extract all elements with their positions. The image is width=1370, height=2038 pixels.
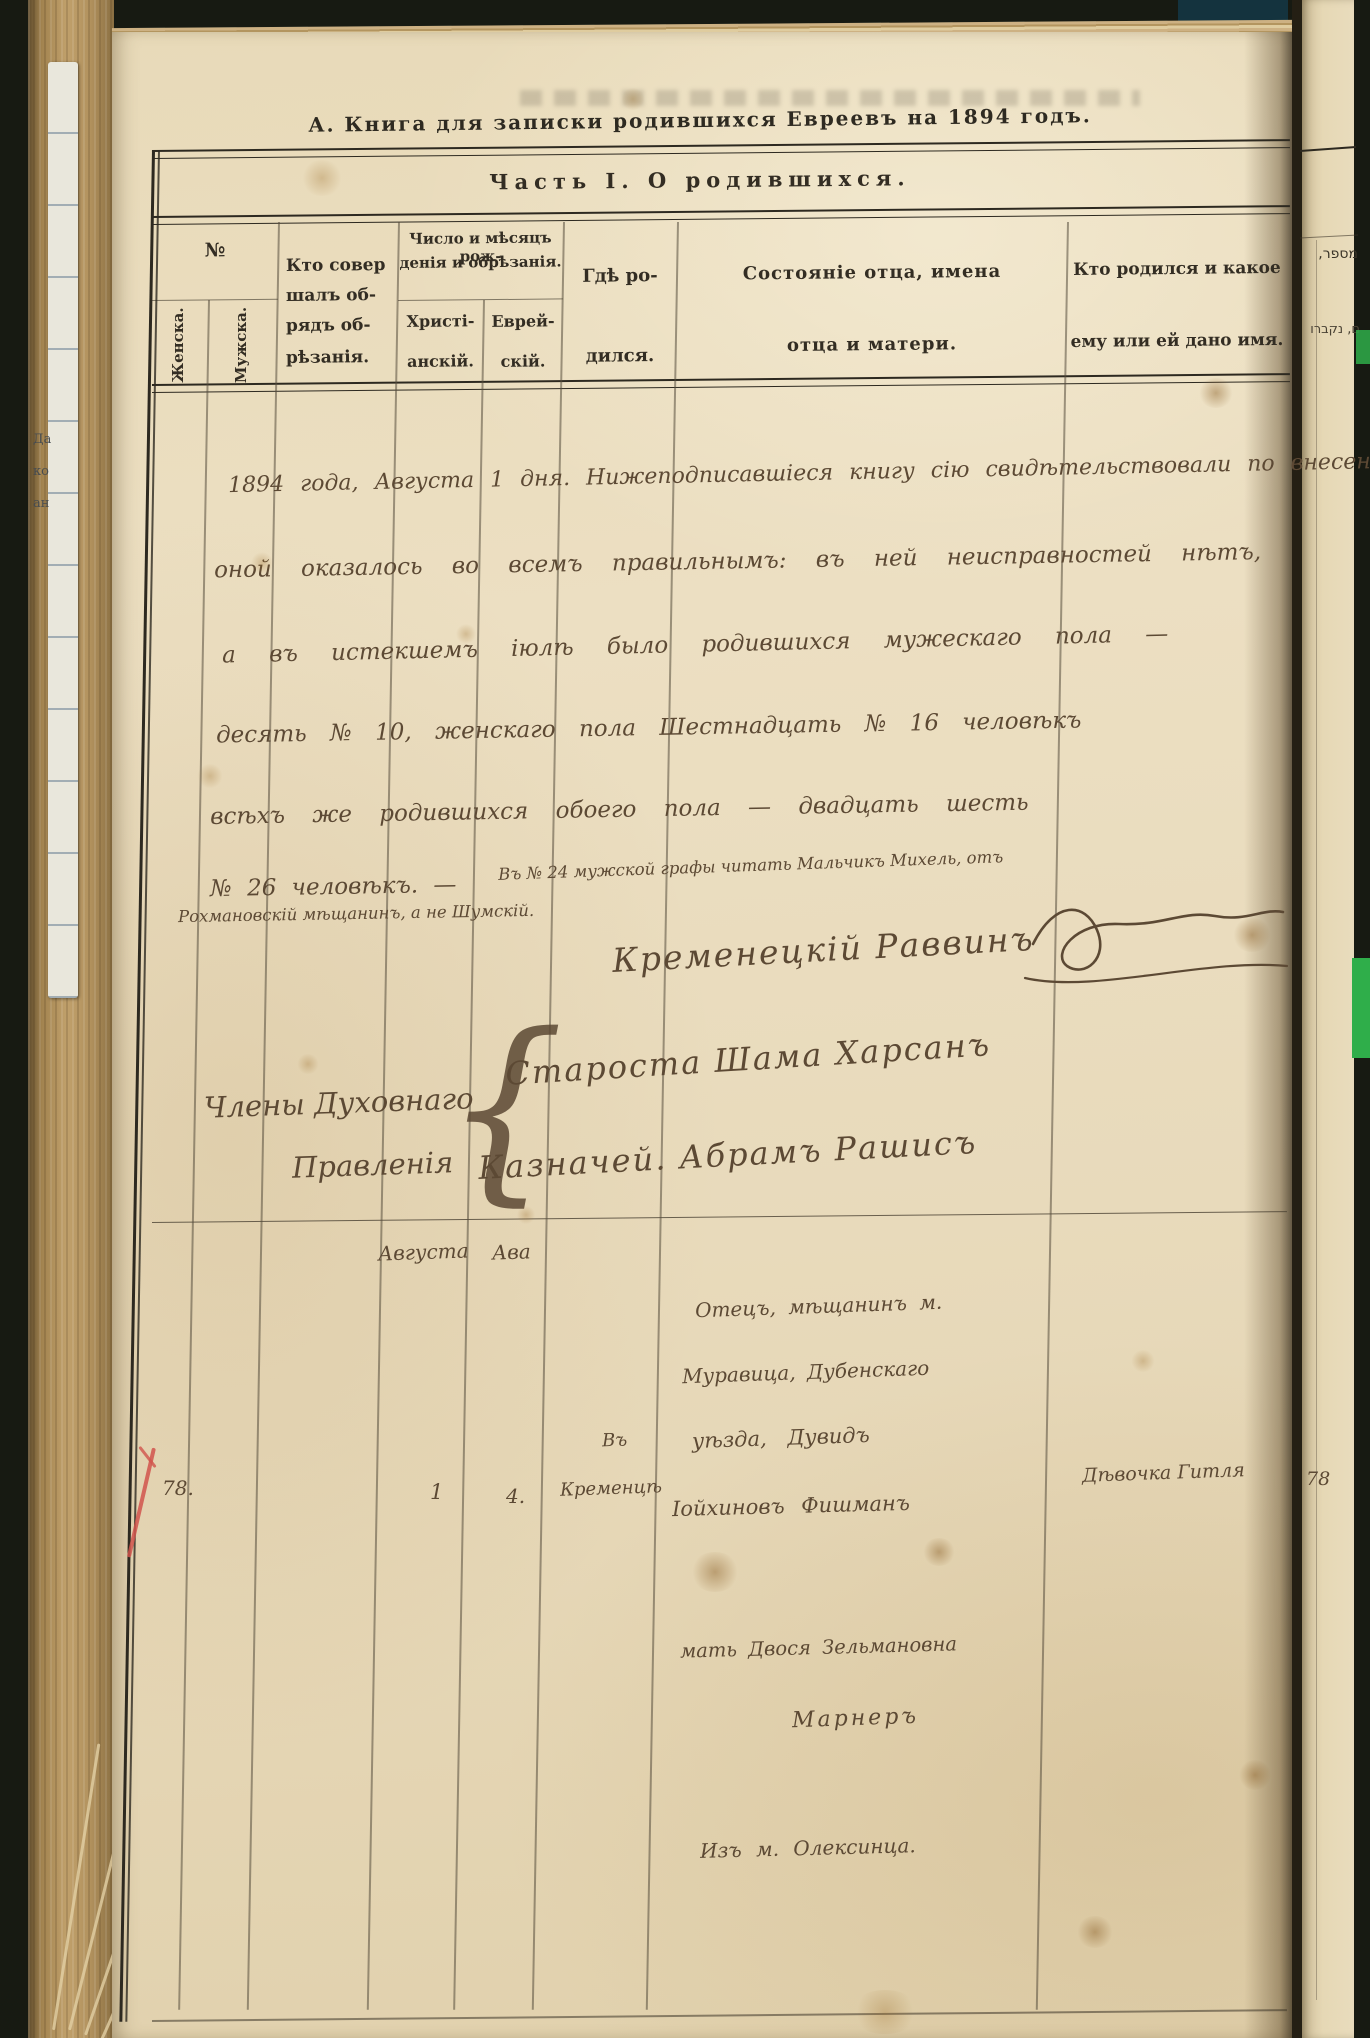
stain [850, 1990, 920, 2034]
col-jewish-line2: скій. [483, 351, 563, 371]
col-circumciser-line4: рѣзанія. [280, 347, 404, 368]
col-birthplace-line2: дился. [563, 345, 677, 367]
green-edge-tab [1356, 330, 1370, 364]
stain [455, 624, 477, 644]
entry-day-jewish: 4. [506, 1484, 525, 1508]
margin-fragment: ко [33, 464, 49, 479]
scanned-register-page: Да ко ан מספר, ם, נקברו 78 А. Книга для … [0, 0, 1370, 2038]
col-male-label: Мужска. [232, 300, 254, 390]
col-circumciser-line3: рядъ об- [280, 315, 404, 336]
col-birthplace-line1: Гдѣ ро- [563, 265, 677, 287]
ruled-slip [48, 62, 78, 998]
green-edge-tab [1352, 958, 1370, 1058]
stain [1232, 918, 1272, 952]
entry-month-jewish: Ава [492, 1239, 532, 1264]
stain [1076, 1916, 1114, 1948]
col-father-line1: Состояніе отца, имена [677, 260, 1067, 285]
stain [1238, 1760, 1272, 1790]
stain [922, 1538, 956, 1566]
stain [690, 1552, 740, 1592]
stain [1198, 378, 1234, 408]
adjacent-hebrew-header: מספר, [1300, 246, 1358, 262]
col-christian-line1: Христі- [398, 311, 483, 331]
adjacent-entry-number: 78 [1306, 1468, 1330, 1490]
col-circumciser-line2: шалъ об- [280, 285, 404, 306]
col-dates-group-line2: денія и обрѣзанія. [398, 252, 563, 272]
stain [300, 160, 344, 196]
stain [516, 1206, 536, 1224]
entry-day-christian: 1 [430, 1480, 443, 1504]
col-circumciser-line1: Кто совер [280, 255, 404, 276]
stain [1130, 1350, 1156, 1372]
col-child-line2: ему или ей дано имя. [1067, 330, 1287, 352]
adjacent-page-column-line [1316, 240, 1317, 2000]
col-jewish-line1: Еврей- [483, 311, 563, 331]
col-child-line1: Кто родился и какое [1067, 258, 1287, 280]
stain [620, 88, 646, 110]
entry-birthplace-line2: Кременцѣ [560, 1476, 663, 1501]
stain [296, 1054, 320, 1074]
margin-fragment: Да [33, 432, 51, 447]
adjacent-page [1302, 0, 1354, 2038]
stain [250, 552, 274, 574]
entry-birthplace-line1: Въ [602, 1430, 628, 1452]
page-gutter [1292, 0, 1302, 2038]
col-number-label: № [152, 239, 278, 262]
entry-month-christian: Августа [378, 1238, 469, 1265]
stain [196, 764, 224, 788]
col-christian-line2: анскій. [398, 351, 483, 371]
board-label-line2: Правленія [291, 1145, 453, 1185]
col-father-line2: отца и матери. [677, 332, 1067, 357]
col-female-label: Женска. [169, 300, 191, 390]
entry-number: 78. [162, 1476, 194, 1500]
certification-line-6: № 26 человѣкъ. — [210, 872, 457, 902]
margin-fragment: ан [33, 496, 49, 511]
entry-mother-line2: Марнеръ [792, 1704, 920, 1733]
adjacent-hebrew-fragment: ם, נקברו [1298, 322, 1360, 337]
